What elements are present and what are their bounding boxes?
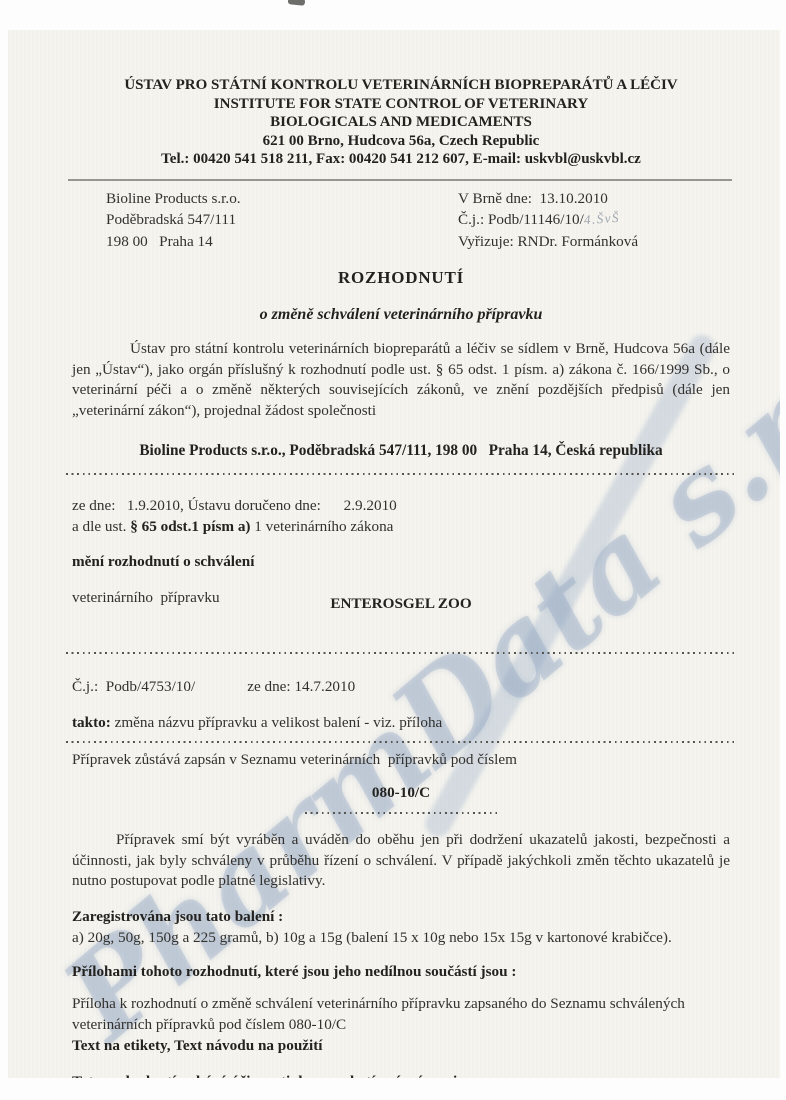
filing-date-line: ze dne: 1.9.2010, Ústavu doručeno dne: 2… bbox=[72, 495, 730, 516]
amends-approval-line: mění rozhodnutí o schválení bbox=[72, 551, 730, 572]
reference-number: Č.j.: Podb/11146/10/ bbox=[458, 211, 584, 228]
addressee-line: Bioline Products s.r.o. bbox=[106, 188, 241, 210]
intro-paragraph: Ústav pro státní kontrolu veterinárních … bbox=[72, 339, 730, 421]
dotted-separator-short bbox=[305, 812, 497, 814]
reference2-line: Č.j.: Podb/4753/10/ze dne: 14.7.2010 bbox=[72, 676, 730, 697]
addressee-block: Bioline Products s.r.o. Poděbradská 547/… bbox=[106, 188, 241, 253]
meta-block: V Brně dne: 13.10.2010 Č.j.: Podb/11146/… bbox=[458, 188, 730, 253]
applicant-company-line: Bioline Products s.r.o., Poděbradská 547… bbox=[72, 442, 730, 460]
legal-basis-prefix: a dle ust. bbox=[72, 518, 130, 535]
date-line: V Brně dne: 13.10.2010 bbox=[458, 188, 730, 210]
document-page: PharmData s.r.o. ÚSTAV PRO STÁTNÍ KONTRO… bbox=[8, 30, 780, 1078]
reference2-number: Č.j.: Podb/4753/10/ bbox=[72, 678, 195, 695]
verdict-label: takto: bbox=[72, 714, 111, 731]
dotted-separator bbox=[66, 652, 734, 654]
address-meta-block: Bioline Products s.r.o. Poděbradská 547/… bbox=[72, 188, 730, 253]
handler-line: Vyřizuje: RNDr. Formánková bbox=[458, 231, 730, 253]
letterhead-line: BIOLOGICALS AND MEDICAMENTS bbox=[72, 113, 730, 132]
letterhead-line: INSTITUTE FOR STATE CONTROL OF VETERINAR… bbox=[72, 95, 730, 114]
reference-line: Č.j.: Podb/11146/10/4.ŠvŠ bbox=[458, 209, 730, 231]
reference2-date: ze dne: 14.7.2010 bbox=[247, 678, 355, 695]
decision-title: ROZHODNUTÍ bbox=[72, 268, 730, 288]
addressee-line: Poděbradská 547/111 bbox=[106, 209, 241, 231]
handwritten-note: 4.ŠvŠ bbox=[583, 207, 620, 231]
addressee-line: 198 00 Praha 14 bbox=[106, 231, 241, 253]
attachments-heading: Přílohami tohoto rozhodnutí, které jsou … bbox=[72, 961, 730, 982]
registry-status-line: Přípravek zůstává zapsán v Seznamu veter… bbox=[72, 749, 730, 770]
letterhead: ÚSTAV PRO STÁTNÍ KONTROLU VETERINÁRNÍCH … bbox=[72, 76, 730, 169]
packaging-items: a) 20g, 50g, 150g a 225 gramů, b) 10g a … bbox=[72, 927, 730, 948]
scanned-document: PharmData s.r.o. ÚSTAV PRO STÁTNÍ KONTRO… bbox=[0, 0, 786, 1100]
dotted-separator bbox=[66, 473, 734, 475]
letterhead-line: Tel.: 00420 541 518 211, Fax: 00420 541 … bbox=[72, 150, 730, 169]
registry-number: 080-10/C bbox=[72, 784, 730, 802]
decision-subtitle: o změně schválení veterinárního přípravk… bbox=[72, 306, 730, 324]
attachment-description: Příloha k rozhodnutí o změně schválení v… bbox=[72, 993, 720, 1035]
legal-basis-line: a dle ust. § 65 odst.1 písm a) 1 veterin… bbox=[72, 516, 730, 537]
product-name: ENTEROSGEL ZOO bbox=[72, 593, 730, 614]
legal-basis-suffix: 1 veterinárního zákona bbox=[250, 518, 393, 535]
dotted-separator bbox=[66, 741, 734, 743]
divider-line bbox=[68, 179, 732, 181]
effectiveness-statement: Toto rozhodnutí nabývá účinnosti dnem na… bbox=[72, 1071, 730, 1079]
legal-basis-citation: § 65 odst.1 písm a) bbox=[130, 518, 250, 535]
packaging-heading: Zaregistrována jsou tato balení : bbox=[72, 906, 730, 927]
letterhead-line: 621 00 Brno, Hudcova 56a, Czech Republic bbox=[72, 132, 730, 151]
letterhead-line: ÚSTAV PRO STÁTNÍ KONTROLU VETERINÁRNÍCH … bbox=[72, 76, 730, 95]
conditions-paragraph: Přípravek smí být vyráběn a uváděn do ob… bbox=[72, 830, 730, 892]
verdict-text: změna názvu přípravku a velikost balení … bbox=[111, 714, 442, 731]
attachment-documents: Text na etikety, Text návodu na použití bbox=[72, 1035, 730, 1056]
product-row: veterinárního přípravku ENTEROSGEL ZOO bbox=[72, 587, 730, 608]
scan-artifact bbox=[288, 0, 306, 6]
verdict-line: takto: změna názvu přípravku a velikost … bbox=[72, 712, 730, 733]
